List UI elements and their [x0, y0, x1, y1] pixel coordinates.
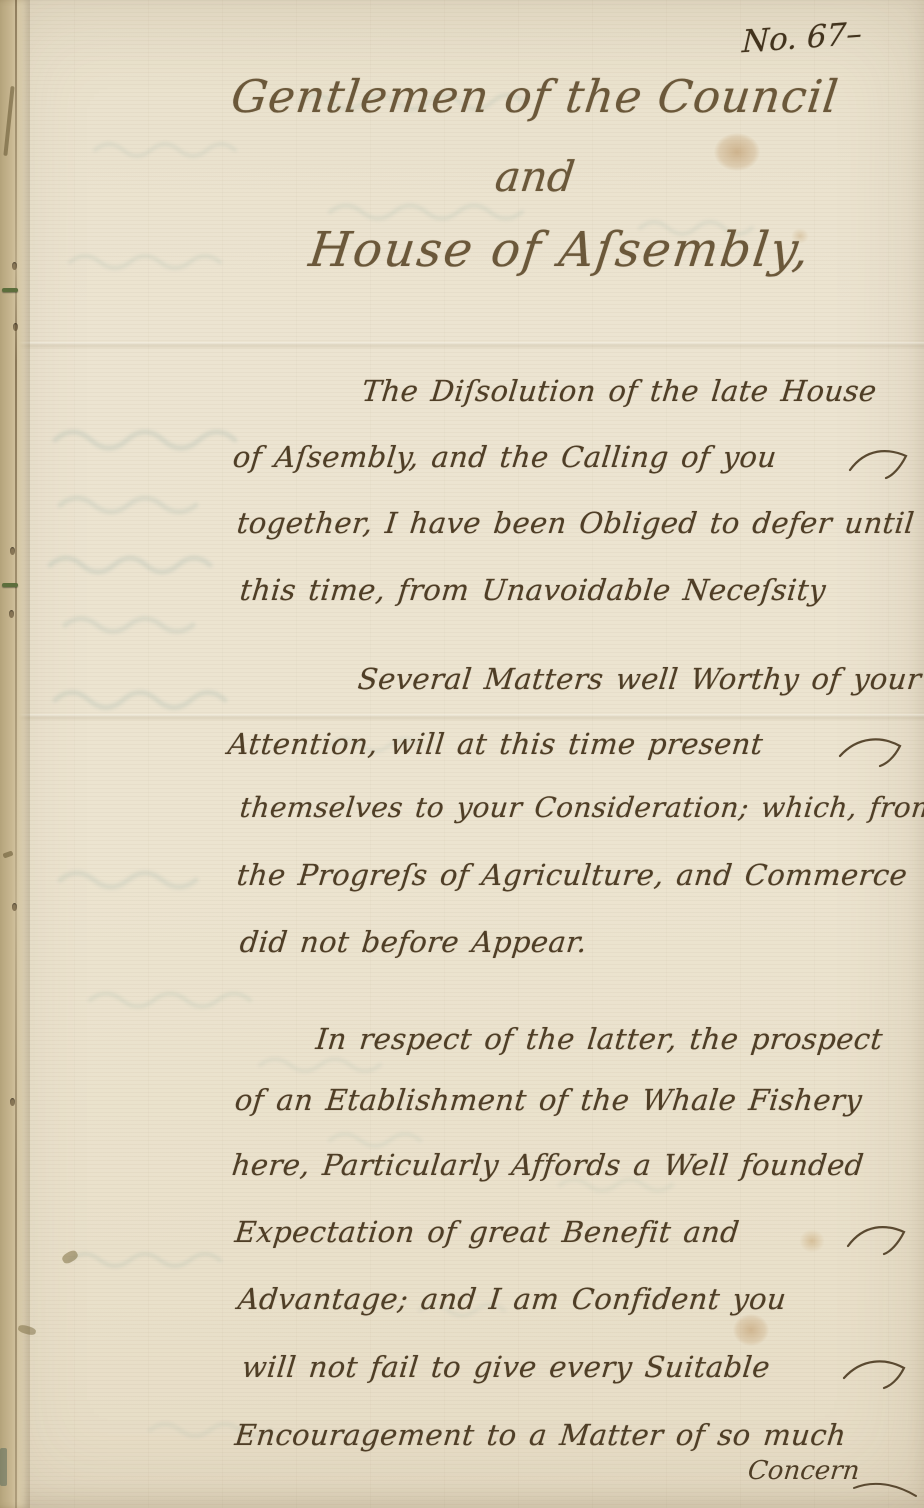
- text-line: the Progreſs of Agriculture, and Commerc…: [235, 858, 909, 892]
- text-line: Expectation of great Benefit and: [233, 1215, 741, 1249]
- thread-stitch: [2, 288, 18, 292]
- fold-crease: [0, 342, 924, 349]
- text-line: will not fail to give every Suitable: [240, 1350, 772, 1384]
- ink-stain: [799, 1229, 825, 1253]
- text-line: The Diſsolution of the late House: [360, 374, 878, 408]
- binding-edge: [0, 0, 30, 1508]
- text-line: together, I have been Obliged to defer u…: [235, 506, 916, 540]
- ink-stain: [733, 1314, 769, 1346]
- binding-crease-mark: [3, 86, 14, 156]
- stitch-hole: [12, 262, 17, 270]
- pen-flourish: [846, 1222, 908, 1256]
- text-line: Encouragement to a Matter of so much: [233, 1418, 848, 1452]
- catchword: Concern: [746, 1456, 861, 1486]
- text-line: this time, from Unavoidable Neceſsity: [238, 573, 827, 607]
- stitch-hole: [13, 323, 18, 331]
- stitch-hole: [10, 1098, 15, 1106]
- binding-crease-mark: [0, 1448, 7, 1486]
- binding-crease-mark: [2, 850, 13, 858]
- heading-line-3: House of Aſsembly,: [257, 222, 864, 278]
- text-line: did not before Appear.: [238, 925, 589, 959]
- stitch-hole: [12, 903, 17, 911]
- text-line: Several Matters well Worthy of your: [356, 662, 923, 696]
- page-number: No. 67–: [742, 16, 863, 61]
- text-line: of an Etablishment of the Whale Fishery: [233, 1083, 864, 1117]
- stitch-hole: [9, 610, 14, 618]
- text-line: Attention, will at this time present: [226, 727, 765, 761]
- pen-flourish: [838, 734, 904, 768]
- text-line: themselves to your Consideration; which,…: [238, 791, 924, 824]
- manuscript-page: No. 67– Gentlemen of the Council and Hou…: [0, 0, 924, 1508]
- pen-flourish: [842, 1356, 908, 1390]
- paper-fleck: [61, 1249, 80, 1266]
- binding-fold-line: [15, 0, 17, 1508]
- pen-flourish: [848, 446, 910, 480]
- text-line: In respect of the latter, the prospect: [314, 1022, 884, 1056]
- thread-stitch: [2, 583, 18, 587]
- pen-flourish: [852, 1478, 918, 1500]
- text-line: of Aſsembly, and the Calling of you: [231, 440, 778, 474]
- heading-line-1: Gentlemen of the Council: [222, 70, 849, 123]
- text-line: Advantage; and I am Confident you: [236, 1282, 788, 1316]
- text-line: here, Particularly Affords a Well founde…: [230, 1148, 865, 1182]
- stitch-hole: [10, 547, 15, 555]
- heading-line-2: and: [222, 152, 848, 201]
- fold-crease: [0, 714, 924, 721]
